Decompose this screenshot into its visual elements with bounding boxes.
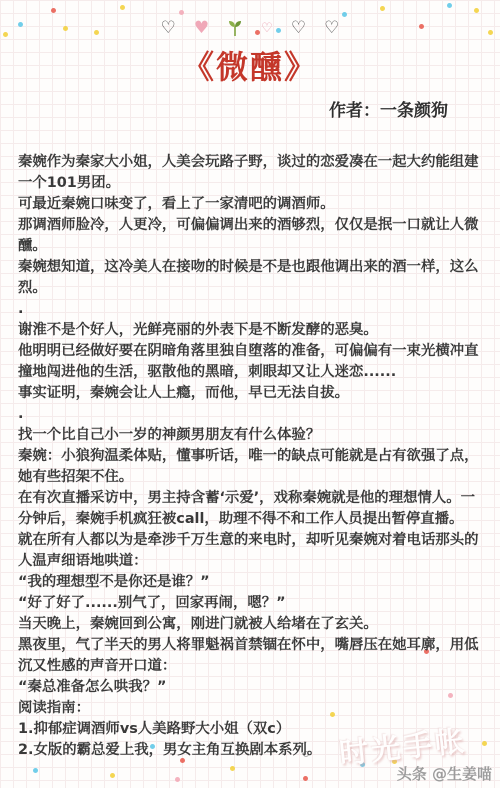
decor-dot <box>179 10 184 15</box>
post-image-page: ♡ ♥ ♡ ♡ ♡ 《微醺》 作者：一条颜狗 秦婉作为秦家大小姐，人美会玩路子野… <box>0 0 500 788</box>
heart-outline-icon: ♡ <box>291 20 306 37</box>
book-title: 《微醺》 <box>0 42 500 88</box>
paragraph: 当天晚上，秦婉回到公寓，刚进门就被人给堵在了玄关。 <box>18 614 482 635</box>
synopsis-text: 秦婉作为秦家大小姐，人美会玩路子野，谈过的恋爱凑在一起大约能组建一个101男团。… <box>0 152 500 761</box>
paragraph: 阅读指南： <box>18 698 482 719</box>
paragraph: 找一个比自己小一岁的神颜男朋友有什么体验？ <box>18 425 482 446</box>
decor-dot <box>474 8 479 13</box>
paragraph: . <box>18 404 482 425</box>
paragraph: 秦婉作为秦家大小姐，人美会玩路子野，谈过的恋爱凑在一起大约能组建一个101男团。 <box>18 152 482 194</box>
paragraph: 可最近秦婉口味变了，看上了一家清吧的调酒师。 <box>18 194 482 215</box>
paragraph: 2.女版的霸总爱上我，男女主角互换剧本系列。 <box>18 740 482 761</box>
paragraph: 黑夜里，气了半天的男人将罪魁祸首禁锢在怀中，嘴唇压在她耳廓，用低沉又性感的声音开… <box>18 635 482 677</box>
paragraph: “我的理想型不是你还是谁？” <box>18 572 482 593</box>
decor-dot <box>110 773 115 778</box>
sprout-icon <box>227 19 243 37</box>
decor-dot <box>175 777 180 782</box>
decor-dot <box>447 3 452 8</box>
author-line: 作者：一条颜狗 <box>0 96 500 121</box>
paragraph: 就在所有人都以为是牵涉千万生意的来电时，却听见秦婉对着电话那头的人温声细语地哄道… <box>18 530 482 572</box>
heart-outline-icon: ♡ <box>161 20 176 37</box>
paragraph: 在有次直播采访中，男主持含蓄‘示爱’，戏称秦婉就是他的理想情人。一分钟后，秦婉手… <box>18 488 482 530</box>
paragraph: 那调酒师脸冷，人更冷，可偏偏调出来的酒够烈，仅仅是抿一口就让人微醺。 <box>18 215 482 257</box>
hearts-decor-row: ♡ ♥ ♡ ♡ ♡ <box>0 16 500 40</box>
decor-dot <box>380 6 385 11</box>
decor-dot <box>33 768 38 773</box>
paragraph: 秦婉想知道，这冷美人在接吻的时候是不是也跟他调出来的酒一样，这么烈。 <box>18 257 482 299</box>
heart-outline-icon: ♡ <box>324 20 339 37</box>
byline-credit: 头条 @生姜喵 <box>397 763 492 784</box>
paragraph: 事实证明，秦婉会让人上瘾，而他，早已无法自拔。 <box>18 383 482 404</box>
decor-dot <box>303 776 308 781</box>
heart-filled-icon: ♥ <box>194 20 209 37</box>
paragraph: . <box>18 299 482 320</box>
heart-small-icon: ♡ <box>261 22 273 35</box>
paragraph: “秦总准备怎么哄我？” <box>18 677 482 698</box>
paragraph: 秦婉：小狼狗温柔体贴，懂事听话，唯一的缺点可能就是占有欲强了点，她有些招架不住。 <box>18 446 482 488</box>
paragraph: 他明明已经做好要在阴暗角落里独自堕落的准备，可偏偏有一束光横冲直撞地闯进他的生活… <box>18 341 482 383</box>
decor-dot <box>120 5 125 10</box>
paragraph: 谢淮不是个好人，光鲜亮丽的外表下是不断发酵的恶臭。 <box>18 320 482 341</box>
decor-dot <box>230 766 235 771</box>
paragraph: “好了好了......别气了，回家再闹，嗯？” <box>18 593 482 614</box>
decor-dot <box>360 762 365 767</box>
paragraph: 1.抑郁症调酒师vs人美路野大小姐（双c） <box>18 719 482 740</box>
decor-dot <box>51 8 56 13</box>
